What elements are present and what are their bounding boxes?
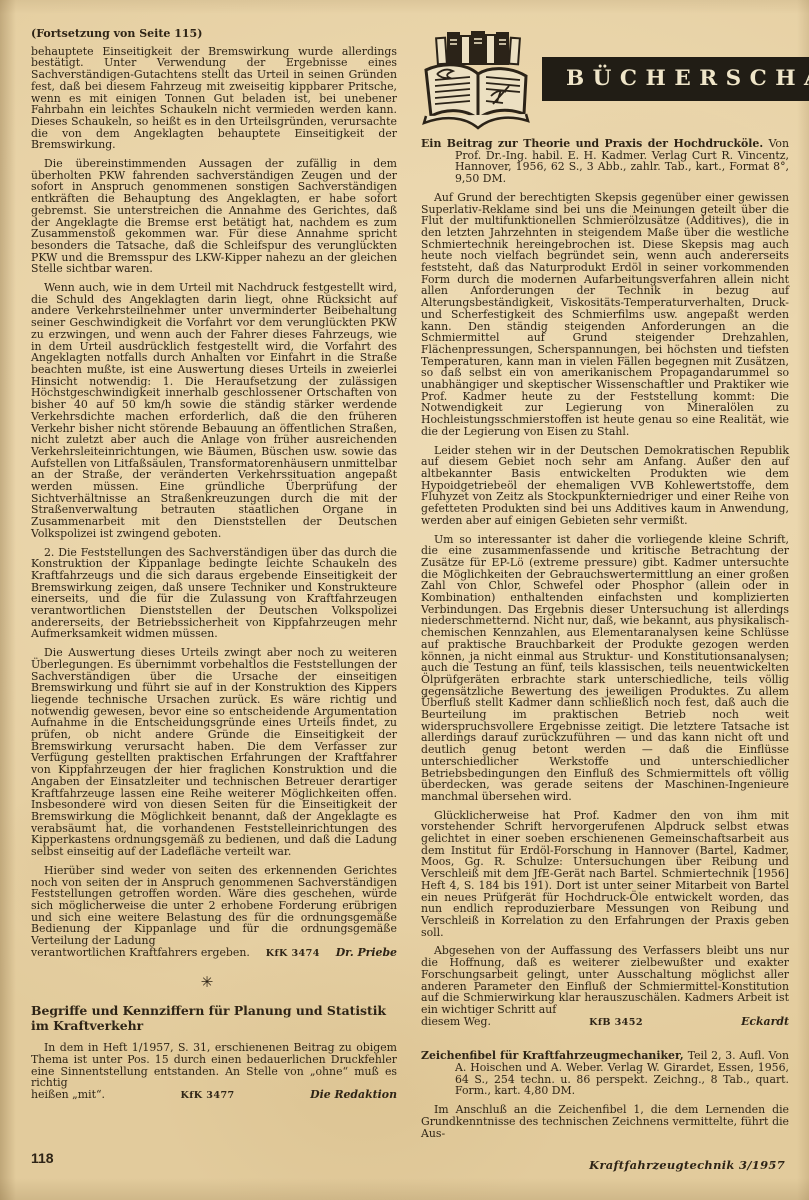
review-paragraph: Auf Grund der berechtigten Skepsis gegen…: [421, 192, 789, 438]
journal-page: (Fortsetzung von Seite 115) behauptete E…: [0, 0, 809, 1200]
article-paragraph: behauptete Einseitigkeit der Bremswirkun…: [31, 46, 397, 151]
article-signature-row: heißen „mit“. KfK 3477 Die Redaktion: [31, 1089, 397, 1102]
article-paragraph: Hierüber sind weder von seiten des erken…: [31, 865, 397, 947]
review-paragraph: Glücklicherweise hat Prof. Kadmer den vo…: [421, 810, 789, 939]
book-reference: Zeichenfibel für Kraftfahrzeugmechaniker…: [421, 1050, 789, 1097]
article-signature-row: verantwortlichen Kraftfahrers ergeben. K…: [31, 947, 397, 960]
journal-footer: Kraftfahrzeugtechnik 3/1957: [589, 1158, 785, 1172]
reference-code: KfK 3474: [260, 948, 326, 960]
section-heading: Begriffe und Kennziffern für Planung und…: [31, 1003, 397, 1033]
book-reference: Ein Beitrag zur Theorie und Praxis der H…: [421, 138, 789, 185]
author-signature: Eckardt: [741, 1016, 789, 1028]
signature-lead-text: heißen „mit“.: [31, 1089, 105, 1101]
left-column: (Fortsetzung von Seite 115) behauptete E…: [31, 28, 397, 1102]
reference-code: KfB 3452: [583, 1017, 649, 1029]
article-paragraph: Die übereinstimmenden Aussagen der zufäl…: [31, 158, 397, 275]
reference-code: KfK 3477: [175, 1090, 241, 1102]
signature-lead-text: verantwortlichen Kraftfahrers ergeben.: [31, 947, 250, 959]
right-column: BÜCHERSCHAU Ein Beitrag zur Theorie und …: [421, 28, 789, 1139]
review-paragraph: Im Anschluß an die Zeichenfibel 1, die d…: [421, 1104, 789, 1139]
review-signature-row: diesem Weg. KfB 3452 Eckardt: [421, 1016, 789, 1029]
article-paragraph: 2. Die Feststellungen des Sachverständig…: [31, 547, 397, 641]
article-paragraph: Die Auswertung dieses Urteils zwingt abe…: [31, 647, 397, 858]
continuation-note: (Fortsetzung von Seite 115): [31, 28, 397, 40]
review-paragraph: Um so interessanter ist daher die vorlie…: [421, 534, 789, 803]
author-signature: Die Redaktion: [310, 1089, 397, 1101]
review-paragraph: Leider stehen wir in der Deutschen Demok…: [421, 445, 789, 527]
asterisk-separator: ✳: [31, 977, 397, 989]
author-signature: Dr. Priebe: [336, 947, 397, 959]
books-icon: [417, 30, 539, 134]
signature-lead-text: diesem Weg.: [421, 1016, 491, 1028]
buecherschau-banner: BÜCHERSCHAU: [542, 57, 809, 101]
article-paragraph: Wenn auch, wie in dem Urteil mit Nachdru…: [31, 282, 397, 539]
article-paragraph: In dem in Heft 1/1957, S. 31, erschienen…: [31, 1042, 397, 1089]
review-paragraph: Abgesehen von der Auffassung des Verfass…: [421, 945, 789, 1015]
buecherschau-header: BÜCHERSCHAU: [421, 28, 789, 134]
page-number: 118: [31, 1150, 54, 1166]
